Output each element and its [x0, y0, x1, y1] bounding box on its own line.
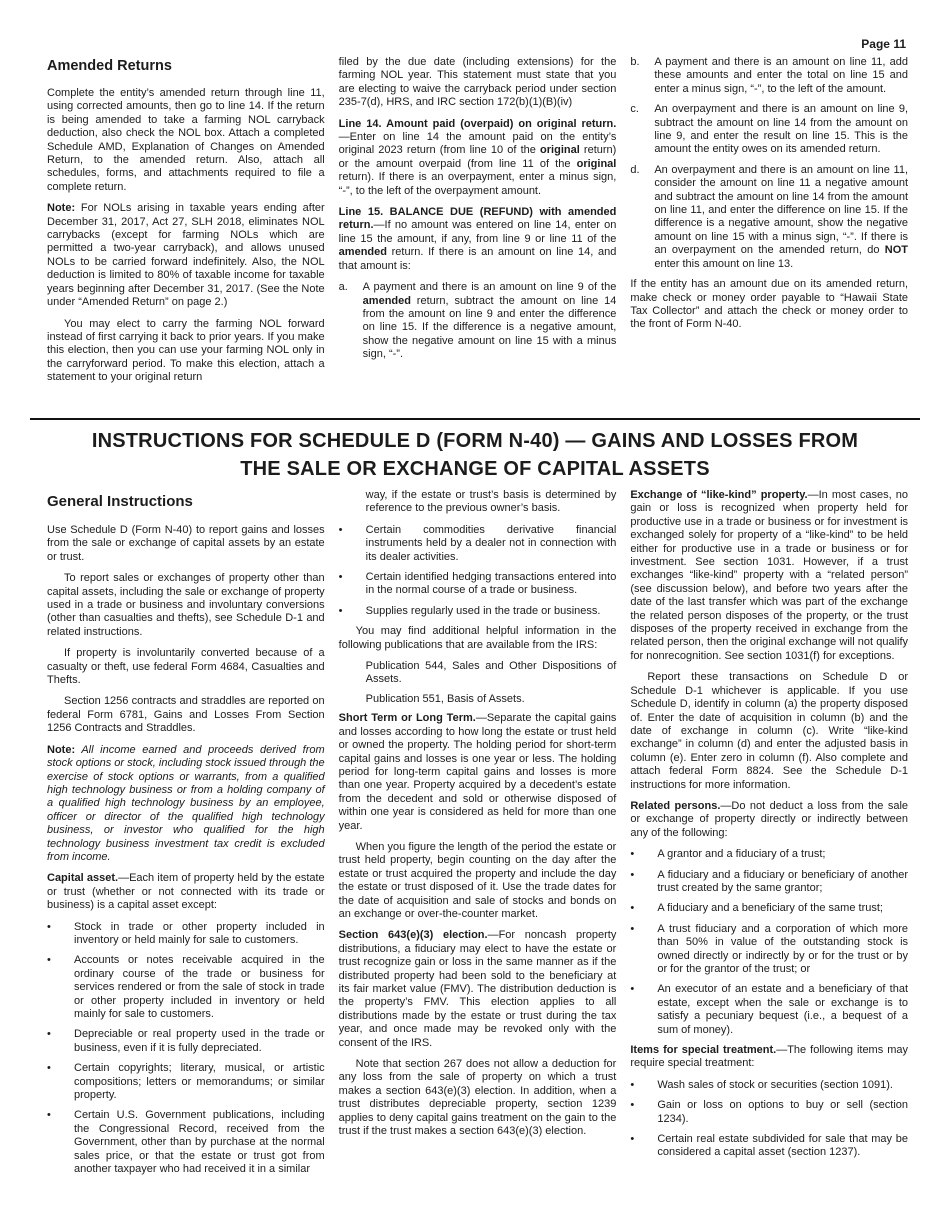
- body-text: —In most cases, no gain or loss is recog…: [630, 489, 908, 662]
- body-text: Section 1256 contracts and straddles are…: [47, 695, 325, 734]
- document-page: Page 11 Amended Returns Complete the ent…: [0, 0, 950, 1230]
- body-text: return). If there is an overpayment, ent…: [339, 171, 617, 196]
- list-item-text: Accounts or notes receivable acquired in…: [74, 954, 325, 1021]
- bold-text: Related persons.: [630, 800, 720, 812]
- body-text: way, if the estate or trust’s basis is d…: [366, 489, 617, 514]
- bullet-marker: •: [339, 605, 366, 618]
- bullet-marker: •: [630, 1079, 657, 1092]
- body-text: Certain U.S. Government publications, in…: [74, 1109, 325, 1175]
- bullet-marker: •: [47, 921, 74, 948]
- general-column-3: Exchange of “like-kind” property.—In mos…: [630, 489, 908, 1183]
- body-text: Certain copyrights; literary, musical, o…: [74, 1062, 325, 1101]
- list-item-text: Supplies regularly used in the trade or …: [366, 605, 617, 618]
- list-item-text: Certain real estate subdivided for sale …: [657, 1133, 908, 1160]
- general-column-2-blocks: way, if the estate or trust’s basis is d…: [339, 489, 617, 1138]
- main-title: INSTRUCTIONS FOR SCHEDULE D (FORM N-40) …: [30, 418, 920, 483]
- body-text: An overpayment and there is an amount on…: [654, 103, 908, 155]
- paragraph: If property is involuntarily converted b…: [47, 647, 325, 687]
- bullet-marker: •: [630, 902, 657, 915]
- body-text: A fiduciary and a beneficiary of the sam…: [657, 902, 883, 914]
- list-item-text: A fiduciary and a fiduciary or beneficia…: [657, 869, 908, 896]
- general-instructions-section: General Instructions Use Schedule D (For…: [0, 483, 950, 1183]
- paragraph: Line 15. BALANCE DUE (REFUND) with amend…: [339, 206, 617, 273]
- bullet-marker: •: [47, 1028, 74, 1055]
- bullet-list-item: •Accounts or notes receivable acquired i…: [47, 954, 325, 1021]
- top-column-2-blocks: filed by the due date (including extensi…: [339, 56, 617, 362]
- paragraph: Use Schedule D (Form N-40) to report gai…: [47, 524, 325, 564]
- general-instructions-heading: General Instructions: [47, 493, 325, 510]
- bullet-marker: •: [630, 869, 657, 896]
- body-text: For NOLs arising in taxable years ending…: [47, 202, 325, 308]
- body-text: A trust fiduciary and a corporation of w…: [657, 923, 908, 975]
- letter-marker: a.: [339, 281, 363, 361]
- list-item-text: A payment and there is an amount on line…: [654, 56, 908, 96]
- paragraph: way, if the estate or trust’s basis is d…: [339, 489, 617, 516]
- bullet-list-item: •Gain or loss on options to buy or sell …: [630, 1099, 908, 1126]
- top-column-2: filed by the due date (including extensi…: [339, 56, 617, 418]
- top-column-1-blocks: Complete the entity’s amended return thr…: [47, 87, 325, 385]
- letter-marker: b.: [630, 56, 654, 96]
- body-text: A fiduciary and a fiduciary or beneficia…: [657, 869, 908, 894]
- body-text: You may elect to carry the farming NOL f…: [47, 318, 325, 384]
- paragraph: filed by the due date (including extensi…: [339, 56, 617, 110]
- body-text: enter this amount on line 13.: [654, 258, 793, 270]
- bold-text: Exchange of “like-kind” property.: [630, 489, 807, 501]
- bullet-list-item: •Wash sales of stock or securities (sect…: [630, 1079, 908, 1092]
- list-item-text: Certain U.S. Government publications, in…: [74, 1109, 325, 1176]
- general-column-3-blocks: Exchange of “like-kind” property.—In mos…: [630, 489, 908, 1160]
- list-item-text: Certain identified hedging transactions …: [366, 571, 617, 598]
- amended-returns-section: Amended Returns Complete the entity’s am…: [0, 0, 950, 418]
- bullet-marker: •: [47, 954, 74, 1021]
- body-text: Gain or loss on options to buy or sell (…: [657, 1099, 908, 1124]
- paragraph: Section 643(e)(3) election.—For noncash …: [339, 929, 617, 1050]
- bullet-list-item: •A trust fiduciary and a corporation of …: [630, 923, 908, 977]
- bullet-list-item: •Stock in trade or other property includ…: [47, 921, 325, 948]
- paragraph: Items for special treatment.—The followi…: [630, 1044, 908, 1071]
- bold-text: Note:: [47, 202, 75, 214]
- bullet-list-item: •Certain commodities derivative financia…: [339, 524, 617, 564]
- paragraph: When you figure the length of the period…: [339, 841, 617, 921]
- bullet-marker: •: [630, 1133, 657, 1160]
- bullet-marker: •: [630, 848, 657, 861]
- body-text: A grantor and a fiduciary of a trust;: [657, 848, 825, 860]
- italic-text: All income earned and proceeds derived f…: [47, 744, 325, 863]
- list-item-text: An overpayment and there is an amount on…: [654, 164, 908, 271]
- bullet-marker: •: [630, 1099, 657, 1126]
- general-column-1: General Instructions Use Schedule D (For…: [47, 489, 325, 1183]
- general-column-2: way, if the estate or trust’s basis is d…: [339, 489, 617, 1183]
- body-text: Publication 544, Sales and Other Disposi…: [366, 660, 617, 685]
- body-text: Wash sales of stock or securities (secti…: [657, 1079, 893, 1091]
- paragraph: Report these transactions on Schedule D …: [630, 671, 908, 792]
- paragraph: Line 14. Amount paid (overpaid) on origi…: [339, 118, 617, 198]
- body-text: Report these transactions on Schedule D …: [630, 671, 908, 790]
- paragraph: You may elect to carry the farming NOL f…: [47, 318, 325, 385]
- paragraph: If the entity has an amount due on its a…: [630, 278, 908, 332]
- body-text: Depreciable or real property used in the…: [74, 1028, 325, 1053]
- body-text: You may find additional helpful informat…: [339, 625, 617, 650]
- list-item-text: An overpayment and there is an amount on…: [654, 103, 908, 157]
- paragraph: Note that section 267 does not allow a d…: [339, 1058, 617, 1138]
- bold-text: amended: [339, 246, 387, 258]
- paragraph: Capital asset.—Each item of property hel…: [47, 872, 325, 912]
- body-text: Certain real estate subdivided for sale …: [657, 1133, 908, 1158]
- bold-text: Capital asset.: [47, 872, 118, 884]
- paragraph: Short Term or Long Term.—Separate the ca…: [339, 712, 617, 833]
- list-item-text: Wash sales of stock or securities (secti…: [657, 1079, 908, 1092]
- list-item-text: A grantor and a fiduciary of a trust;: [657, 848, 908, 861]
- paragraph: Complete the entity’s amended return thr…: [47, 87, 325, 194]
- bold-text: NOT: [885, 244, 908, 256]
- list-item-text: A payment and there is an amount on line…: [363, 281, 617, 361]
- bullet-list-item: •Supplies regularly used in the trade or…: [339, 605, 617, 618]
- body-text: filed by the due date (including extensi…: [339, 56, 617, 108]
- amended-returns-heading: Amended Returns: [47, 58, 325, 74]
- bullet-marker: •: [339, 571, 366, 598]
- body-text: If property is involuntarily converted b…: [47, 647, 325, 686]
- paragraph: Publication 544, Sales and Other Disposi…: [339, 660, 617, 687]
- body-text: An executor of an estate and a beneficia…: [657, 983, 908, 1035]
- paragraph: Note: For NOLs arising in taxable years …: [47, 202, 325, 309]
- paragraph: Publication 551, Basis of Assets.: [339, 693, 617, 706]
- bold-text: Items for special treatment.: [630, 1044, 776, 1056]
- body-text: —For noncash property distributions, a f…: [339, 929, 617, 1048]
- list-item-text: Certain commodities derivative financial…: [366, 524, 617, 564]
- top-column-1: Amended Returns Complete the entity’s am…: [47, 56, 325, 418]
- body-text: Complete the entity’s amended return thr…: [47, 87, 325, 193]
- body-text: An overpayment and there is an amount on…: [654, 164, 908, 256]
- lettered-list-item: d.An overpayment and there is an amount …: [630, 164, 908, 271]
- lettered-list-item: a.A payment and there is an amount on li…: [339, 281, 617, 361]
- bullet-list-item: •Certain real estate subdivided for sale…: [630, 1133, 908, 1160]
- top-column-3: b.A payment and there is an amount on li…: [630, 56, 908, 418]
- bullet-list-item: •Depreciable or real property used in th…: [47, 1028, 325, 1055]
- body-text: When you figure the length of the period…: [339, 841, 617, 920]
- body-text: Accounts or notes receivable acquired in…: [74, 954, 325, 1020]
- bold-text: Line 14. Amount paid (overpaid) on origi…: [339, 118, 617, 130]
- bullet-list-item: •A grantor and a fiduciary of a trust;: [630, 848, 908, 861]
- bold-text: original: [540, 144, 580, 156]
- main-title-line-1: INSTRUCTIONS FOR SCHEDULE D (FORM N-40) …: [30, 427, 920, 455]
- bullet-list-item: •A fiduciary and a fiduciary or benefici…: [630, 869, 908, 896]
- bullet-list-item: •An executor of an estate and a benefici…: [630, 983, 908, 1037]
- bullet-marker: •: [47, 1109, 74, 1176]
- letter-marker: d.: [630, 164, 654, 271]
- top-column-3-blocks: b.A payment and there is an amount on li…: [630, 56, 908, 332]
- list-item-text: A fiduciary and a beneficiary of the sam…: [657, 902, 908, 915]
- paragraph: Section 1256 contracts and straddles are…: [47, 695, 325, 735]
- lettered-list-item: c.An overpayment and there is an amount …: [630, 103, 908, 157]
- bold-text: original: [577, 158, 617, 170]
- body-text: —If no amount was entered on line 14, en…: [339, 219, 617, 244]
- lettered-list-item: b.A payment and there is an amount on li…: [630, 56, 908, 96]
- list-item-text: An executor of an estate and a beneficia…: [657, 983, 908, 1037]
- body-text: Certain identified hedging transactions …: [366, 571, 617, 596]
- list-item-text: A trust fiduciary and a corporation of w…: [657, 923, 908, 977]
- bold-text: Short Term or Long Term.: [339, 712, 476, 724]
- bullet-marker: •: [630, 923, 657, 977]
- paragraph: Exchange of “like-kind” property.—In mos…: [630, 489, 908, 663]
- general-column-1-blocks: Use Schedule D (Form N-40) to report gai…: [47, 524, 325, 1176]
- body-text: Supplies regularly used in the trade or …: [366, 605, 601, 617]
- bold-text: amended: [363, 295, 411, 307]
- bullet-list-item: •Certain U.S. Government publications, i…: [47, 1109, 325, 1176]
- list-item-text: Depreciable or real property used in the…: [74, 1028, 325, 1055]
- page-number: Page 11: [861, 38, 906, 51]
- letter-marker: c.: [630, 103, 654, 157]
- bullet-list-item: •Certain identified hedging transactions…: [339, 571, 617, 598]
- main-title-line-2: THE SALE OR EXCHANGE OF CAPITAL ASSETS: [30, 455, 920, 483]
- body-text: Publication 551, Basis of Assets.: [366, 693, 525, 705]
- body-text: A payment and there is an amount on line…: [363, 281, 617, 293]
- body-text: —Separate the capital gains and losses a…: [339, 712, 617, 831]
- bold-text: Section 643(e)(3) election.: [339, 929, 488, 941]
- body-text: If the entity has an amount due on its a…: [630, 278, 908, 330]
- body-text: A payment and there is an amount on line…: [654, 56, 908, 95]
- paragraph: To report sales or exchanges of property…: [47, 572, 325, 639]
- body-text: Use Schedule D (Form N-40) to report gai…: [47, 524, 325, 563]
- paragraph: Note: All income earned and proceeds der…: [47, 744, 325, 865]
- bullet-marker: •: [47, 1062, 74, 1102]
- body-text: To report sales or exchanges of property…: [47, 572, 325, 638]
- body-text: Stock in trade or other property include…: [74, 921, 325, 946]
- paragraph: Related persons.—Do not deduct a loss fr…: [630, 800, 908, 840]
- bullet-marker: •: [630, 983, 657, 1037]
- paragraph: You may find additional helpful informat…: [339, 625, 617, 652]
- bullet-marker: •: [339, 524, 366, 564]
- list-item-text: Certain copyrights; literary, musical, o…: [74, 1062, 325, 1102]
- list-item-text: Stock in trade or other property include…: [74, 921, 325, 948]
- body-text: Note that section 267 does not allow a d…: [339, 1058, 617, 1137]
- list-item-text: Gain or loss on options to buy or sell (…: [657, 1099, 908, 1126]
- body-text: Certain commodities derivative financial…: [366, 524, 617, 563]
- bullet-list-item: •Certain copyrights; literary, musical, …: [47, 1062, 325, 1102]
- bold-text: Note:: [47, 744, 75, 756]
- bullet-list-item: •A fiduciary and a beneficiary of the sa…: [630, 902, 908, 915]
